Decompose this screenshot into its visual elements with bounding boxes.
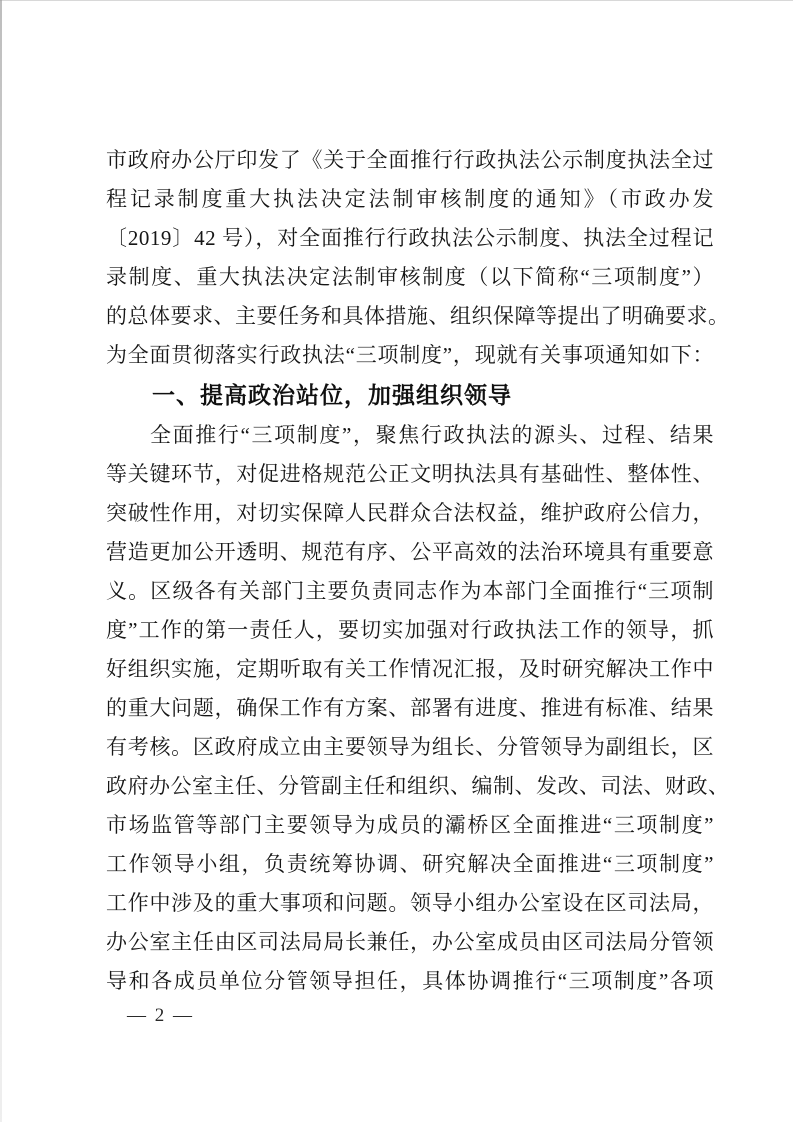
document-page: 市政府办公厅印发了《关于全面推行行政执法公示制度执法全过 程记录制度重大执法决定… — [0, 0, 793, 1122]
text-line: 导和各成员单位分管领导担任，具体协调推行“三项制度”各项 — [106, 962, 714, 1001]
scan-artifact-top-edge — [0, 0, 793, 1]
scan-artifact-left-edge — [0, 0, 2, 1122]
text-line: 全面推行“三项制度”，聚焦行政执法的源头、过程、结果 — [106, 416, 714, 455]
text-line: 的总体要求、主要任务和具体措施、组织保障等提出了明确要求。 — [106, 297, 714, 336]
text-line: 录制度、重大执法决定法制审核制度（以下简称“三项制度”） — [106, 258, 714, 297]
text-line: 办公室主任由区司法局局长兼任，办公室成员由区司法局分管领 — [106, 923, 714, 962]
text-line: 好组织实施，定期听取有关工作情况汇报，及时研究解决工作中 — [106, 650, 714, 689]
text-line: 工作领导小组，负责统筹协调、研究解决全面推进“三项制度” — [106, 845, 714, 884]
text-line: 市政府办公厅印发了《关于全面推行行政执法公示制度执法全过 — [106, 141, 714, 180]
text-line: 度”工作的第一责任人，要切实加强对行政执法工作的领导，抓 — [106, 611, 714, 650]
text-line: 营造更加公开透明、规范有序、公平高效的法治环境具有重要意 — [106, 533, 714, 572]
text-line: 等关键环节，对促进格规范公正文明执法具有基础性、整体性、 — [106, 455, 714, 494]
section-heading-1: 一、提高政治站位，加强组织领导 — [106, 375, 714, 416]
paragraph-section-1: 全面推行“三项制度”，聚焦行政执法的源头、过程、结果 等关键环节，对促进格规范公… — [106, 416, 714, 1001]
text-line: 政府办公室主任、分管副主任和组织、编制、发改、司法、财政、 — [106, 767, 714, 806]
text-line: 程记录制度重大执法决定法制审核制度的通知》（市政办发 — [106, 180, 714, 219]
text-line: 为全面贯彻落实行政执法“三项制度”，现就有关事项通知如下： — [106, 336, 714, 375]
text-line: 的重大问题，确保工作有方案、部署有进度、推进有标准、结果 — [106, 689, 714, 728]
document-body: 市政府办公厅印发了《关于全面推行行政执法公示制度执法全过 程记录制度重大执法决定… — [106, 141, 714, 1001]
text-line: 义。区级各有关部门主要负责同志作为本部门全面推行“三项制 — [106, 572, 714, 611]
page-number: — 2 — — [127, 1005, 194, 1027]
paragraph-intro: 市政府办公厅印发了《关于全面推行行政执法公示制度执法全过 程记录制度重大执法决定… — [106, 141, 714, 375]
text-line: 〔2019〕42 号），对全面推行行政执法公示制度、执法全过程记 — [106, 219, 714, 258]
text-line: 有考核。区政府成立由主要领导为组长、分管领导为副组长，区 — [106, 728, 714, 767]
text-line: 突破性作用，对切实保障人民群众合法权益，维护政府公信力， — [106, 494, 714, 533]
text-line: 工作中涉及的重大事项和问题。领导小组办公室设在区司法局， — [106, 884, 714, 923]
text-line: 市场监管等部门主要领导为成员的灞桥区全面推进“三项制度” — [106, 806, 714, 845]
